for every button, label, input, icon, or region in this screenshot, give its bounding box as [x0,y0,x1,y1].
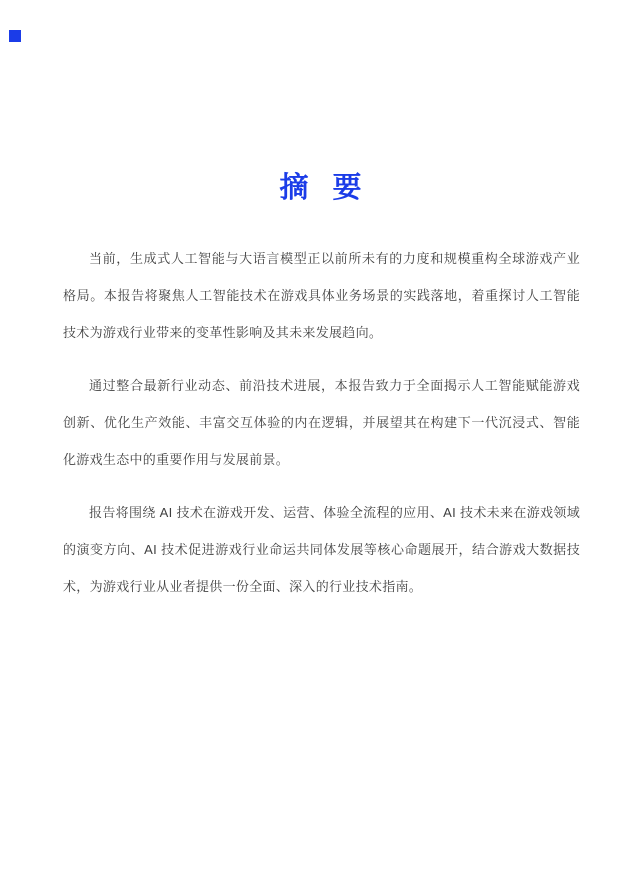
abstract-paragraph-1: 当前，生成式人工智能与大语言模型正以前所未有的力度和规模重构全球游戏产业格局。本… [63,240,580,351]
abstract-body: 当前，生成式人工智能与大语言模型正以前所未有的力度和规模重构全球游戏产业格局。本… [63,240,580,621]
corner-accent-square [9,30,21,42]
abstract-paragraph-2: 通过整合最新行业动态、前沿技术进展，本报告致力于全面揭示人工智能赋能游戏创新、优… [63,367,580,478]
abstract-paragraph-3: 报告将围绕 AI 技术在游戏开发、运营、体验全流程的应用、AI 技术未来在游戏领… [63,494,580,605]
page-title: 摘 要 [0,172,643,204]
report-abstract-page: 摘 要 当前，生成式人工智能与大语言模型正以前所未有的力度和规模重构全球游戏产业… [0,0,643,869]
